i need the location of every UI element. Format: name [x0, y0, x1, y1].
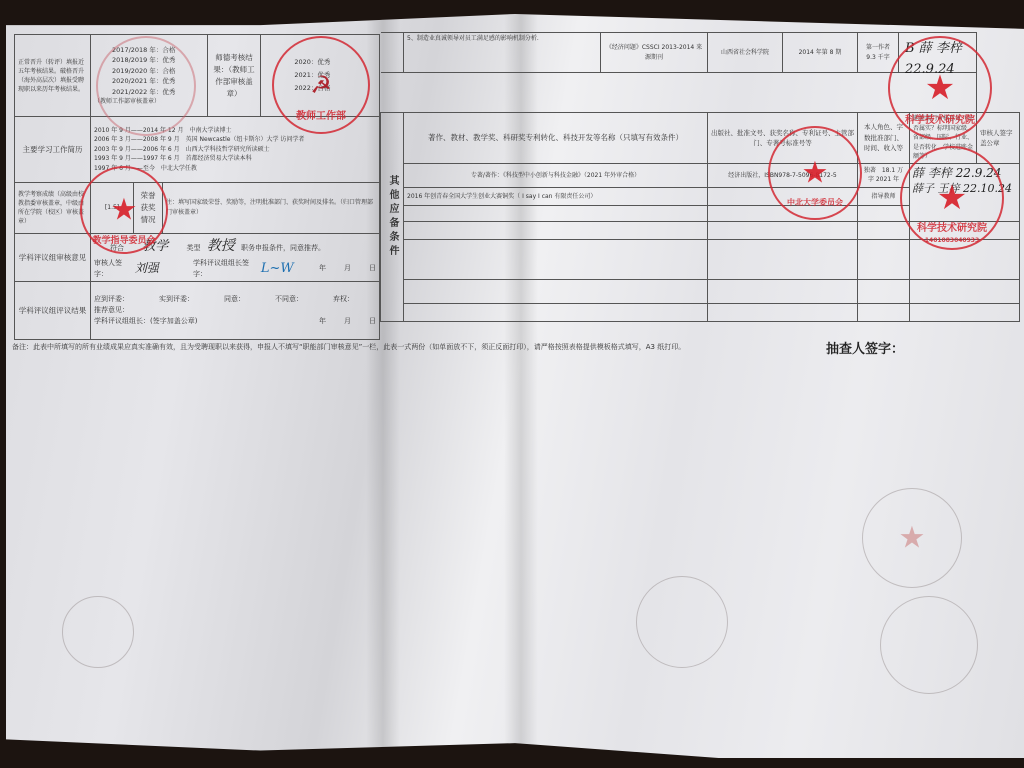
condition-publisher: 经济出版社，ISBN978-7-5096-8172-5: [708, 163, 858, 187]
result-fields: 应到评委： 实到评委： 同意： 不同意： 弃权： 推荐意见： 学科评议组组长：(…: [91, 282, 380, 340]
date-year: 年: [319, 263, 326, 274]
condition-name: 2016 年创青春全国大学生创业大赛铜奖（ I say I can 有限责任公司…: [404, 187, 708, 205]
assessment-year: 2017/2018 年：合格: [112, 45, 204, 55]
assessment-label: 正常晋升（转评）填报近五年考核结果。破格晋升（海外高层次）填报受聘现职以来历年考…: [15, 35, 91, 117]
assessment-stamp-note: （教师工作部审核盖章）: [94, 97, 204, 106]
date-month: 月: [344, 263, 351, 274]
paper-signature-cell: B 薛 李梓 22.9.24: [899, 33, 977, 73]
history-list: 2010 年 9 月——2014 年 12 月 中南大学读博士 2006 年 3…: [91, 117, 380, 183]
dept-signature-2: 薛子 王梓 22.10.24: [912, 180, 1012, 198]
header-name: 著作、教材、教学奖、科研奖专利转化、科技开发等名称（只填写有效条件）: [404, 113, 708, 164]
result-field: 不同意：: [275, 294, 303, 305]
teaching-eval-value: [1.5]: [91, 183, 134, 233]
paper-publisher: 山西省社会科学院: [708, 33, 783, 73]
review-type-label: 类型: [187, 244, 201, 252]
leader-seal-label: 学科评议组组长：(签字加盖公章): [94, 316, 197, 327]
assessment-year: 2018/2019 年：优秀: [112, 55, 204, 65]
history-item: 2003 年 9 月——2006 年 6 月 山西大学科技哲学研究所读硕士: [94, 145, 376, 155]
review-prefix: 符合: [110, 244, 124, 252]
history-item: 1993 年 9 月——1997 年 6 月 首都经济贸易大学读本科: [94, 154, 376, 164]
assessment-year: 2019/2020 年：合格: [112, 66, 204, 76]
dept-signature-1: 薛 李梓 22.9.24: [912, 164, 1001, 183]
result-field: 实到评委：: [159, 294, 194, 305]
honors-note: 注：填写国家级荣誉、奖励等，注明批准部门、获奖时间及排名。（归口管理部门审核盖章…: [163, 183, 379, 233]
paper-title: 5、制造业真诚领导对员工满足感的影响机制分析.: [404, 33, 601, 73]
review-handwriting-category: 教学: [142, 239, 168, 254]
condition-role: 独著 18.1 万字 2021 年: [858, 163, 910, 187]
dept-signature-cell: 薛 李梓 22.9.24 薛子 王梓 22.10.24: [910, 163, 1020, 221]
ethics-years: 2020：优秀 2021：优秀 2022：合格: [261, 35, 380, 117]
footer-note: 备注：此表中所填写的所有业绩成果应真实准确有效，且为受聘现职以来获得，申报人不填…: [12, 342, 685, 352]
ethics-year: 2021：优秀: [294, 69, 376, 82]
header-dept-opinion: 职能部门审核意见（是否属实？标明国家级、省部级、国际、行业、是否转化、学校进账金…: [910, 113, 977, 164]
date-day: 日: [369, 316, 376, 327]
paper-role: 第一作者 9.3 千字: [858, 33, 899, 73]
result-field: 应到评委：: [94, 294, 129, 305]
recommend-label: 推荐意见：: [94, 305, 376, 316]
review-handwriting-type: 教授: [207, 238, 235, 254]
paper-issue: 2014 年第 8 期: [783, 33, 858, 73]
date-year: 年: [319, 316, 326, 327]
history-label: 主要学习工作简历: [15, 117, 91, 183]
teaching-eval-label: 教学考察成绩（高级由校教指委审核盖章，中级由所在学院（校区）审核盖章）: [15, 183, 91, 234]
review-group-label: 学科评议组审核意见: [15, 234, 91, 282]
header-role: 本人角色、字数批准部门、时间、收入等: [858, 113, 910, 164]
history-item: 2010 年 9 月——2014 年 12 月 中南大学读博士: [94, 126, 376, 136]
condition-name: 专著/著作：《科技型中小创新与科技金融》（2021 年外审合格）: [404, 163, 708, 187]
reviewer-signature: 刘强: [135, 259, 193, 278]
result-field: 同意：: [224, 294, 245, 305]
right-form-table: 5、制造业真诚领导对员工满足感的影响机制分析. 《经济问题》CSSCI 2013…: [380, 32, 1020, 322]
date-day: 日: [369, 263, 376, 274]
group-leader-sign-label: 学科评议组组长签字：: [193, 258, 261, 280]
history-item: 2006 年 3 月——2008 年 9 月 英国 Newcastle（纽卡斯尔…: [94, 135, 376, 145]
condition-publisher: [708, 187, 858, 205]
assessment-years: 2017/2018 年：合格 2018/2019 年：优秀 2019/2020 …: [91, 35, 208, 117]
ethics-year: 2020：优秀: [294, 56, 376, 69]
result-label: 学科评议组评议结果: [15, 282, 91, 340]
other-conditions-label: 其他应备条件: [381, 113, 404, 322]
paper-journal: 《经济问题》CSSCI 2013-2014 来源期刊: [601, 33, 708, 73]
honors-label: 荣誉获奖情况: [134, 183, 163, 233]
ethics-label: 师德考核结果：（教师工作部审核盖章）: [207, 35, 261, 117]
header-reviewer-seal: 审核人签字盖公章: [977, 113, 1020, 164]
result-field: 弃权：: [333, 294, 354, 305]
review-suffix: 职务申报条件，同意推荐。: [241, 244, 325, 252]
date-month: 月: [344, 316, 351, 327]
assessment-year: 2021/2022 年：优秀: [112, 87, 204, 97]
ethics-year: 2022：合格: [294, 82, 376, 95]
history-item: 1997 年 6 月——至今 中北大学任教: [94, 164, 376, 174]
review-group-opinion: 符合 教学 类型 教授 职务申报条件，同意推荐。 审核人签字： 刘强 学科评议组…: [91, 234, 380, 282]
header-publisher: 出版社、批准文号、获奖名称、专利证号、主管部门、专著号标准号等: [708, 113, 858, 164]
assessment-year: 2020/2021 年：优秀: [112, 76, 204, 86]
condition-role: 指导教师: [858, 187, 910, 205]
group-leader-signature: L~W: [261, 259, 319, 280]
left-form-table: 正常晋升（转评）填报近五年考核结果。破格晋升（海外高层次）填报受聘现职以来历年考…: [14, 34, 380, 340]
checker-signature-label: 抽查人签字：: [826, 338, 904, 357]
reviewer-sign-label: 审核人签字：: [94, 258, 135, 280]
